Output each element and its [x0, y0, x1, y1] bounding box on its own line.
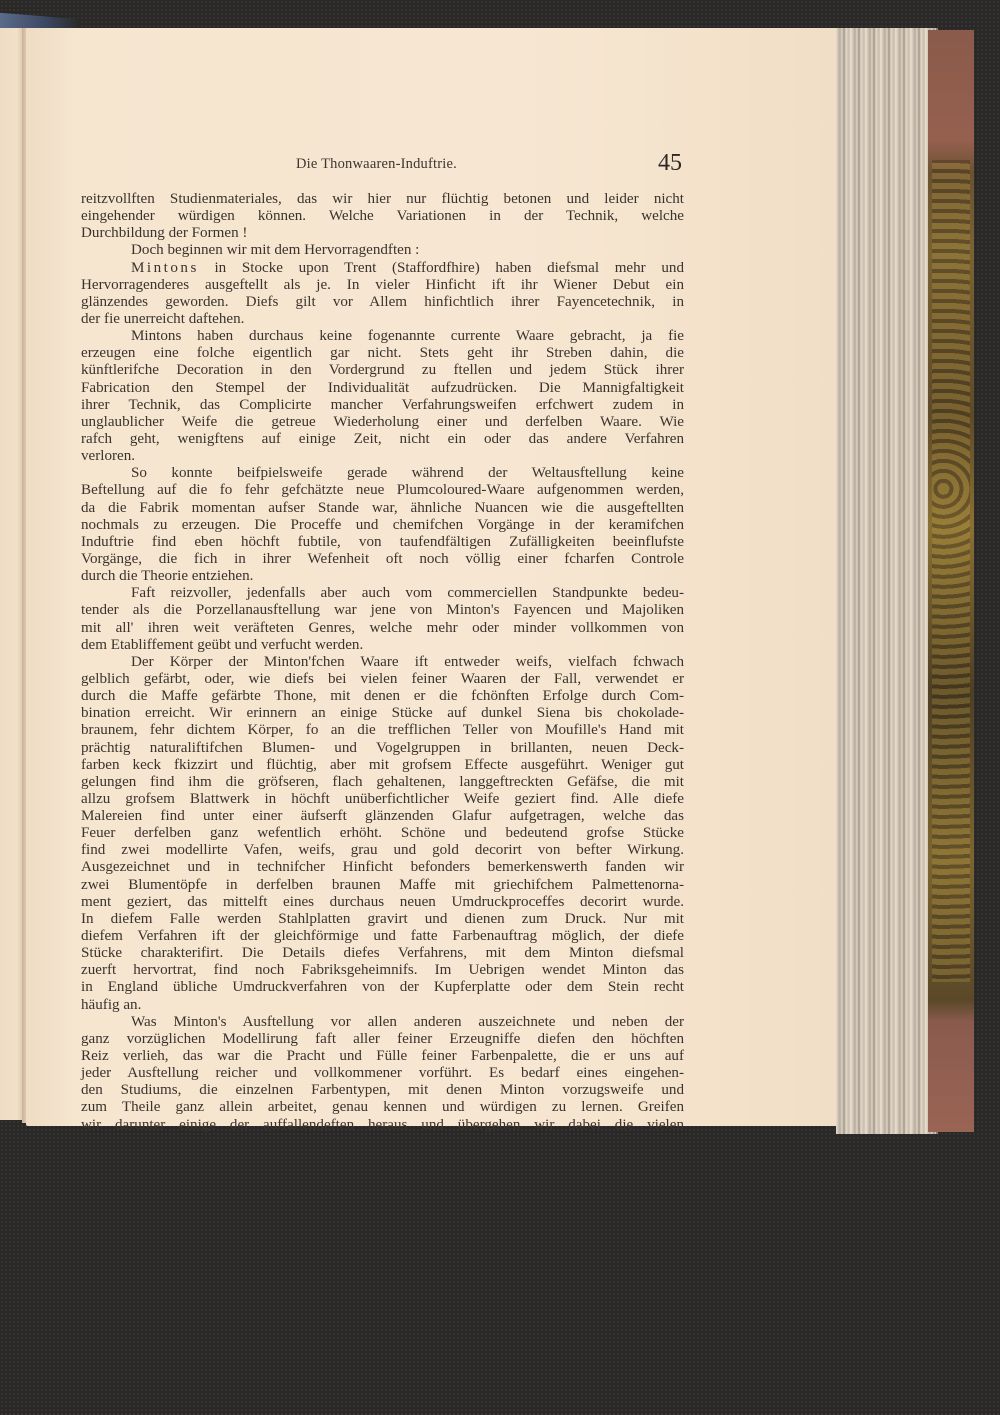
text-line: da die Fabrik momentan aufser Stande war… [81, 500, 684, 517]
text-line: Mintons haben durchaus keine fogenannte … [81, 328, 684, 345]
text-line: reitzvollften Studienmateriales, das wir… [81, 191, 684, 208]
text-line: glänzendes geworden. Diefs gilt vor Alle… [81, 294, 684, 311]
text-line: Feuer derfelben ganz wefentlich erhöht. … [81, 825, 684, 842]
text-line: Malereien find unter einer äufserft glän… [81, 808, 684, 825]
text-line: find zwei modellirte Vafen, weifs, grau … [81, 842, 684, 859]
text-line: allzu grofsem Blattwerk in höchft unüber… [81, 791, 684, 808]
text-line: Hervorragenderes ausgeftellt als je. In … [81, 277, 684, 294]
text-line: unglaublicher Weife die getreue Wiederho… [81, 414, 684, 431]
left-page-edge [0, 28, 24, 1120]
page-block-edges [836, 28, 938, 1134]
body-text: reitzvollften Studienmateriales, das wir… [81, 191, 684, 1134]
text-line: Beftellung auf die fo fehr gefchätzte ne… [81, 482, 684, 499]
text-line: Fabrication den Stempel der Individualit… [81, 380, 684, 397]
text-line: häufig an. [81, 997, 684, 1014]
text-line: nochmals zu erzeugen. Die Proceffe und c… [81, 517, 684, 534]
text-line: dem Etabliffement geübt und verfucht wer… [81, 637, 684, 654]
text-line: Reiz verlieh, das war die Pracht und Fül… [81, 1048, 684, 1065]
text-line: Induftrie find eben höchft fubtile, von … [81, 534, 684, 551]
text-line: mit all' ihren weit veräfteten Genres, w… [81, 620, 684, 637]
text-line: In diefem Falle werden Stahlplatten grav… [81, 911, 684, 928]
text-line: braunem, fehr dichtem Körper, fo an die … [81, 722, 684, 739]
running-head: Die Thonwaaren-Induftrie. [296, 156, 457, 173]
text-line: Vorgänge, die fich in ihrer Wefenheit of… [81, 551, 684, 568]
text-line: rafch geht, wenigftens auf einige Zeit, … [81, 431, 684, 448]
text-line: Mintons in Stocke upon Trent (Staffordfh… [81, 260, 684, 277]
text-line: eingehender würdigen können. Welche Vari… [81, 208, 684, 225]
text-line: zwei Blumentöpfe in derfelben braunen Ma… [81, 877, 684, 894]
text-line: jeder Ausftellung reicher und vollkommen… [81, 1065, 684, 1082]
text-line: Was Minton's Ausftellung vor allen ander… [81, 1014, 684, 1031]
spaced-emphasis: Mintons [131, 260, 199, 276]
text-line: diefem Verfahren ift der gleichförmige u… [81, 928, 684, 945]
text-line: prächtig naturaliftifchen Blumen- und Vo… [81, 740, 684, 757]
text-line: Der Körper der Minton'fchen Waare ift en… [81, 654, 684, 671]
text-line: ment geziert, das mittelft eines durchau… [81, 894, 684, 911]
text-line: Ausgezeichnet und in technifcher Hinfich… [81, 859, 684, 876]
text-line: tender als die Porzellanausftellung war … [81, 602, 684, 619]
text-line: durch die Maffe gefärbte Thone, mit dene… [81, 688, 684, 705]
page-number: 45 [658, 150, 682, 177]
text-line: der fie unerreicht daftehen. [81, 311, 684, 328]
text-line: gelungen find ihm die gröfseren, flach g… [81, 774, 684, 791]
text-line: farben keck fkizzirt und flüchtig, aber … [81, 757, 684, 774]
text-line: durch die Theorie entziehen. [81, 568, 684, 585]
text-line: zuerft hervortrat, find noch Fabriksgehe… [81, 962, 684, 979]
text-line: in England übliche Umdruckverfahren von … [81, 979, 684, 996]
text-line: gelblich gefärbt, oder, wie diefs bei vi… [81, 671, 684, 688]
marbled-cover-edge [928, 30, 974, 1132]
text-line: den Studiums, die einzelnen Farbentypen,… [81, 1082, 684, 1099]
text-line: So konnte beifpielsweife gerade während … [81, 465, 684, 482]
text-line: künftlerifche Decoration in den Vordergr… [81, 362, 684, 379]
text-line: zum Theile ganz allein arbeitet, genau k… [81, 1099, 684, 1116]
text-line: wir darunter einige der auffallendeften … [81, 1117, 684, 1134]
text-line: Durchbildung der Formen ! [81, 225, 684, 242]
text-line: bination erreicht. Wir erinnern an einig… [81, 705, 684, 722]
text-line: verloren. [81, 448, 684, 465]
text-line: Stücke charakterifirt. Die Details diefe… [81, 945, 684, 962]
text-line: ganz vorzüglichen Modellirung faft aller… [81, 1031, 684, 1048]
text-line: Doch beginnen wir mit dem Hervorragendft… [81, 242, 684, 259]
text-line: ihrer Technik, das Complicirte mancher V… [81, 397, 684, 414]
text-line: Faft reizvoller, jedenfalls aber auch vo… [81, 585, 684, 602]
text-line: erzeugen eine folche eigentlich gar nich… [81, 345, 684, 362]
